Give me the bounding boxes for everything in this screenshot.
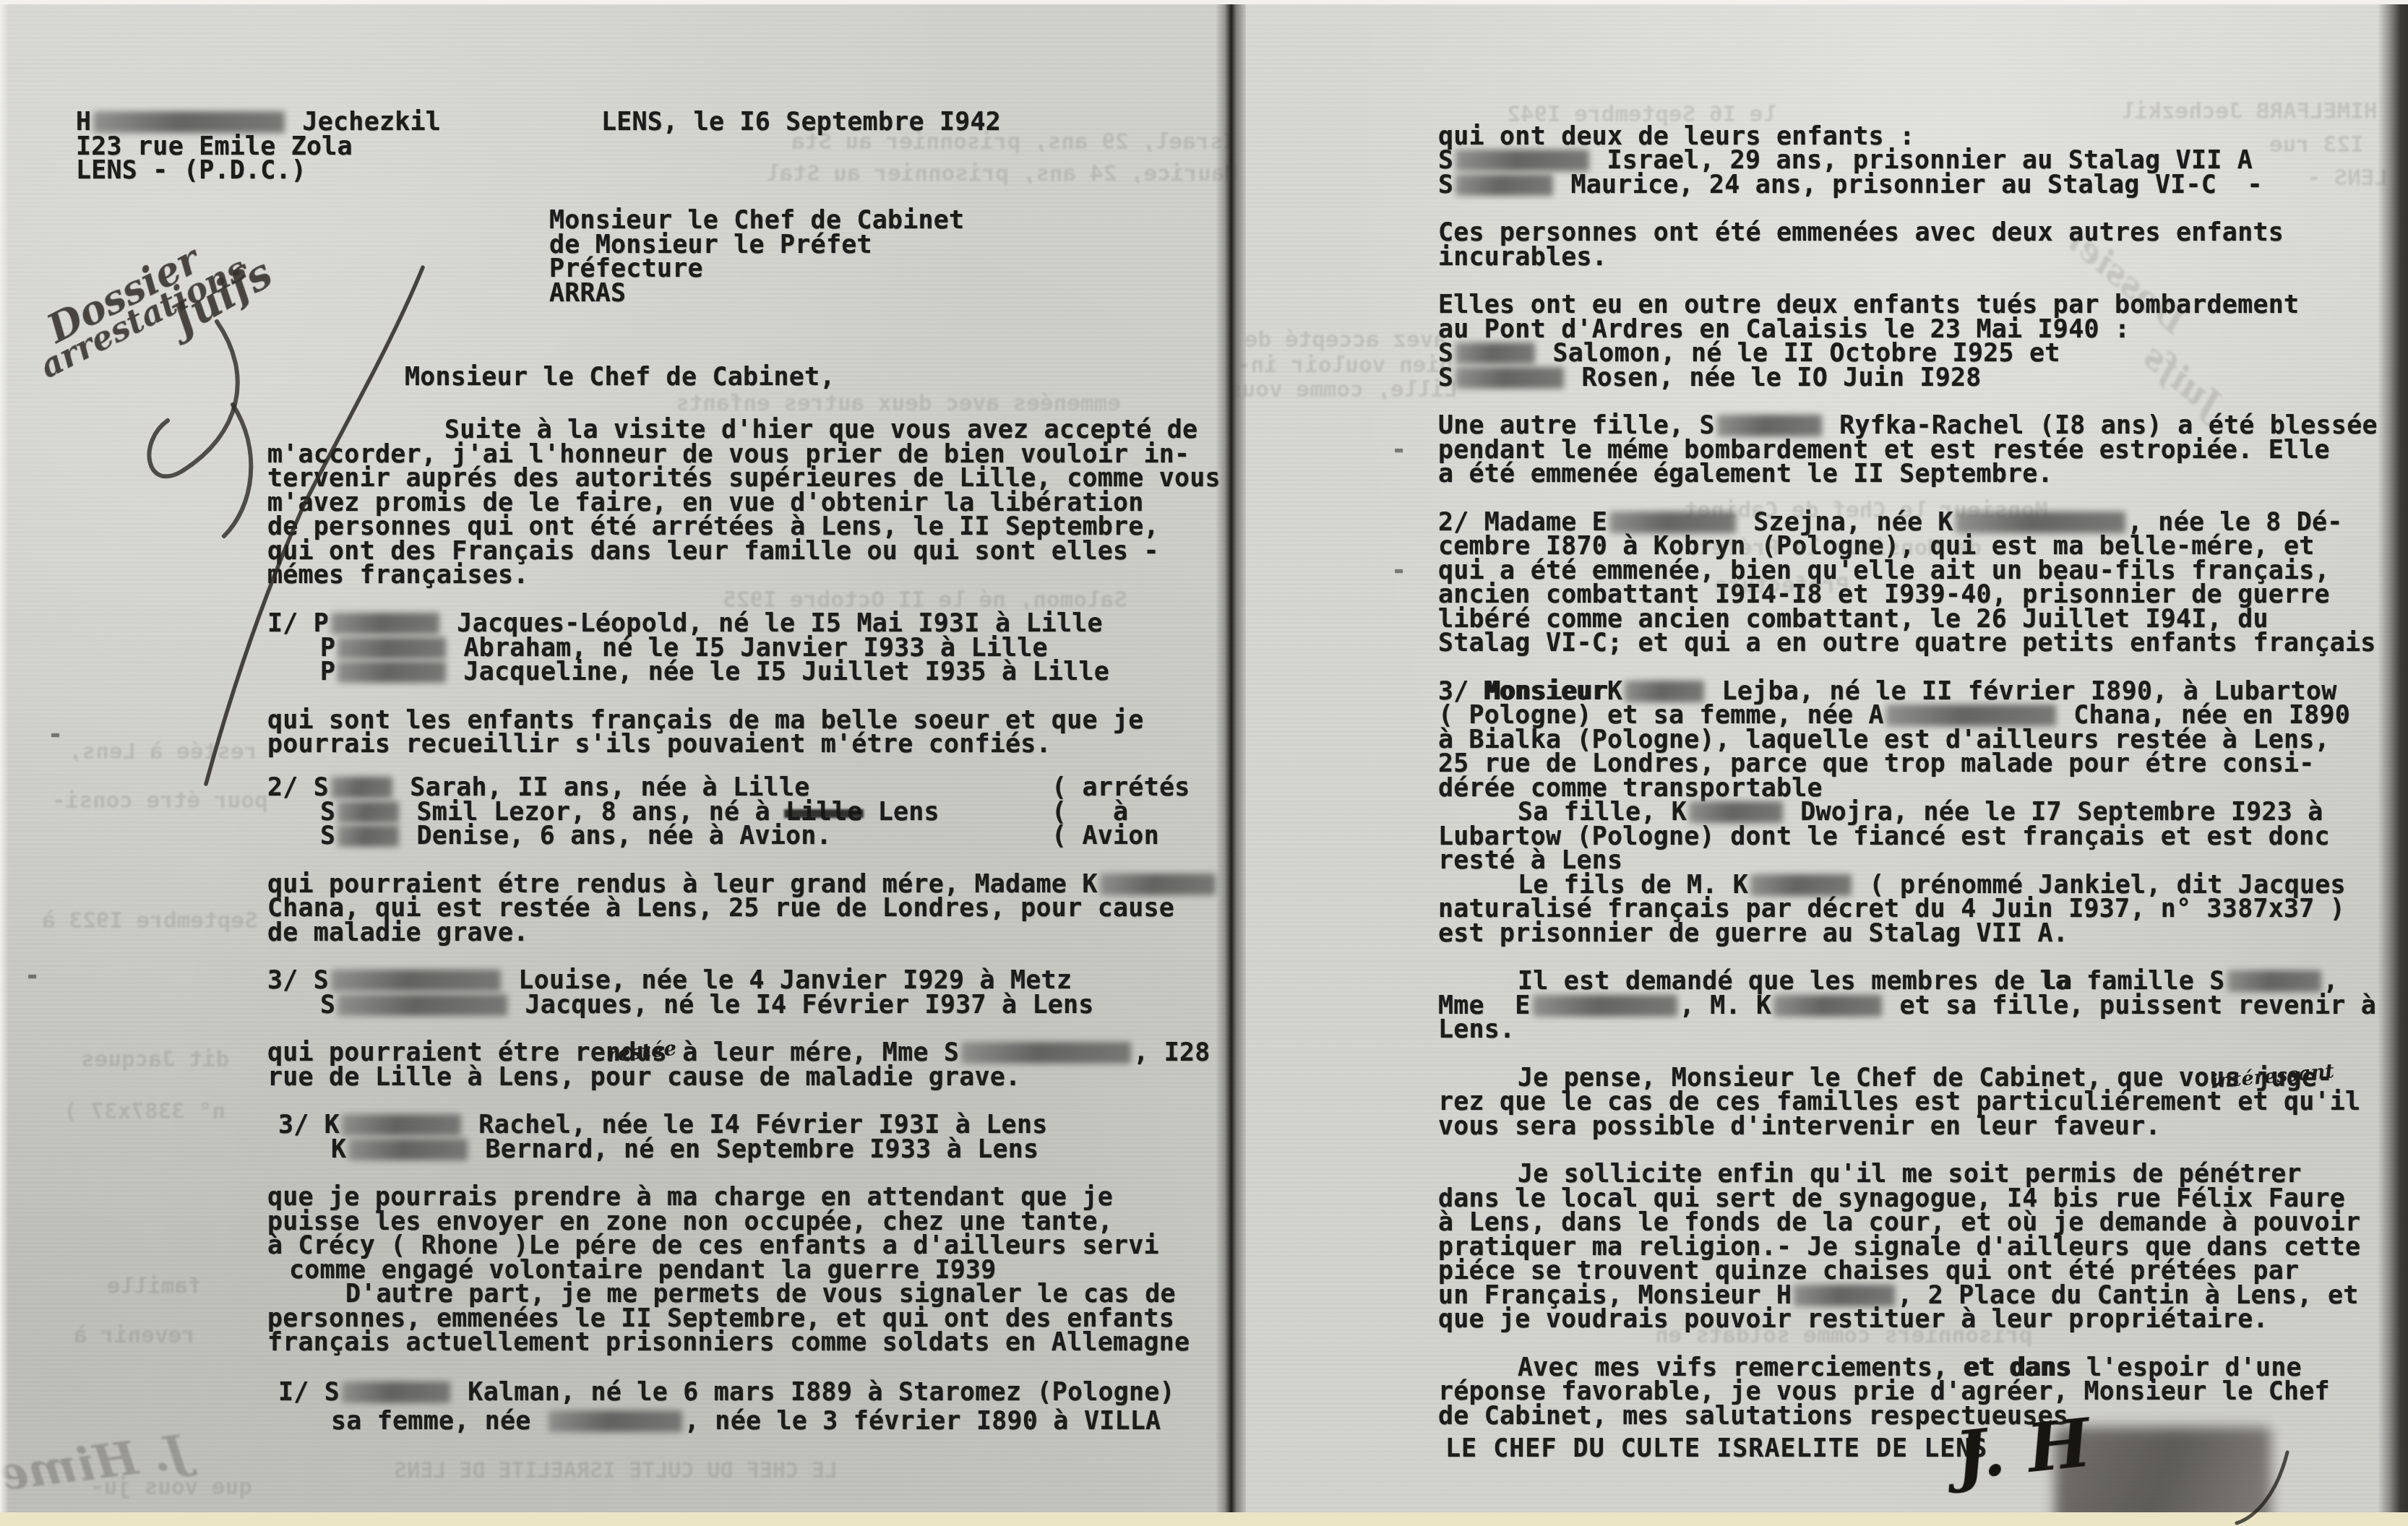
typed-line: ( Pologne) et sa femme, née A Chana, née… [1438, 703, 2350, 728]
bleedthrough-text: I23 rue [2269, 132, 2364, 158]
text-run: et sa fille, puissent revenir à [1884, 991, 2376, 1020]
redaction-blur [1773, 995, 1882, 1017]
typed-line: est prisonnier de guerre au Stalag VII A… [1438, 921, 2068, 947]
typed-line: rez que le cas de ces familles est parti… [1438, 1090, 2360, 1115]
text-run: est prisonnier de guerre au Stalag VII A… [1438, 919, 2068, 948]
bleedthrough-text: bien vouloir in- [1237, 352, 1453, 378]
typed-line: Mme E, M. K et sa fille, puissent reveni… [1438, 993, 2376, 1019]
typed-line: S Salomon, né le II Octobre I925 et [1438, 341, 2060, 366]
typed-line: resté à Lens [1438, 848, 1622, 874]
text-run: vous sera possible d'intervenir en leur … [1438, 1112, 2161, 1141]
typed-line: Il est demandé que les membres de la fam… [1518, 969, 2339, 994]
ink-layer: H JechezkilI23 rue Emile ZolaLENS - (P.D… [0, 0, 2408, 1526]
typed-line: Sa fille, K Dwojra, née le I7 Septembre … [1518, 800, 2323, 825]
typed-line: 25 rue de Londres, parce que trop malade… [1438, 751, 2315, 777]
scan-edge-left [0, 0, 9, 1526]
redaction-blur [1455, 367, 1564, 389]
text-run: Rosen, née le IO Juin I928 [1566, 363, 1981, 392]
redaction-blur [1717, 415, 1822, 436]
bleedthrough-text: LENS - [2307, 165, 2388, 191]
redaction-blur [1886, 704, 2056, 726]
text-run: Maurice, 24 ans, prisonnier au Stalag VI… [1555, 171, 2263, 199]
redaction-blur [1533, 995, 1677, 1017]
bleedthrough-text: prisonniers comme soldats en [1655, 1322, 2033, 1348]
text-run: incurables. [1438, 243, 1607, 272]
text-run: a été emmenée également le II Septembre. [1438, 460, 2053, 488]
typed-line: à Lens, dans le fonds de la cour, et où … [1438, 1210, 2360, 1236]
scan-edge-right [2378, 0, 2408, 1526]
typed-line: Une autre fille, S Ryfka-Rachel (I8 ans)… [1438, 413, 2378, 439]
redaction-blur [1689, 801, 1783, 823]
typed-line: S Rosen, née le IO Juin I928 [1438, 366, 1982, 391]
bleedthrough-text: avez accepté de [1244, 327, 1447, 353]
typed-line: piéce se trouvent quinze chaises qui ont… [1438, 1259, 2299, 1284]
text-run: - [1391, 556, 1406, 585]
text-run: , M. K [1680, 991, 1772, 1020]
redaction-blur [1750, 874, 1852, 896]
typed-line: incurables. [1438, 245, 1607, 270]
text-run: - [1391, 436, 1406, 465]
typed-line: naturalisé français par décret du 4 Juin… [1438, 897, 2345, 922]
typed-line: vous sera possible d'intervenir en leur … [1438, 1114, 2161, 1139]
redaction-blur [1455, 150, 1589, 171]
redaction-blur [1625, 681, 1704, 702]
text-run: LE CHEF DU CULTE ISRAELITE DE LENS [1445, 1434, 1987, 1463]
margin-mark: - [1391, 438, 1406, 463]
bleedthrough-text: Monsieur le Chef de Cabinet [1684, 497, 2048, 523]
text-run: S [1438, 171, 1453, 199]
redaction-blur [2227, 970, 2321, 992]
typed-line: S Maurice, 24 ans, prisonnier au Stalag … [1438, 173, 2263, 198]
typed-line: a été emmenée également le II Septembre. [1438, 462, 2053, 487]
signature: J. H [1951, 1403, 2094, 1495]
closing-title: LE CHEF DU CULTE ISRAELITE DE LENS [1445, 1436, 1987, 1462]
bleedthrough-text: Préfecture [1714, 572, 1849, 598]
typed-line: S Israel, 29 ans, prisonnier au Stalag V… [1438, 148, 2253, 173]
typed-line: réponse favorable, je vous prie d'agréer… [1438, 1379, 2330, 1405]
redaction-blur [1794, 1285, 1895, 1306]
typed-line: ancien combattant I9I4-I8 et I939-40, pr… [1438, 582, 2330, 608]
page-2: qui ont deux de leurs enfants :S Israel,… [0, 0, 2408, 1526]
redaction-blur [1455, 342, 1535, 364]
typed-line: Je sollicite enfin qu'il me soit permis … [1518, 1162, 2302, 1187]
bleedthrough-text: le I6 Septembre I942 [1507, 101, 1776, 127]
typed-line: Stalag VI-C; et qui a en outre quatre pe… [1438, 631, 2376, 656]
bleedthrough-text: Lille, comme vous [1229, 376, 1458, 402]
bleedthrough-text: de Monsieur le Préfet [1698, 535, 1982, 561]
scan-edge-top [0, 0, 2408, 4]
bleedthrough-text: HIMELFARB Jechezkil [2121, 98, 2378, 124]
scanned-letter: H JechezkilI23 rue Emile ZolaLENS - (P.D… [0, 0, 2408, 1526]
text-run: Lens. [1438, 1015, 1515, 1044]
typed-line: Lens. [1438, 1017, 1515, 1043]
text-run: Stalag VI-C; et qui a en outre quatre pe… [1438, 629, 2376, 658]
page-fold-shadow [1216, 0, 1246, 1526]
scan-edge-bottom [0, 1512, 2408, 1526]
redaction-blur [1455, 174, 1553, 196]
typed-line: Ces personnes ont été emmenées avec deux… [1438, 220, 2284, 246]
margin-mark: - [1391, 559, 1406, 584]
